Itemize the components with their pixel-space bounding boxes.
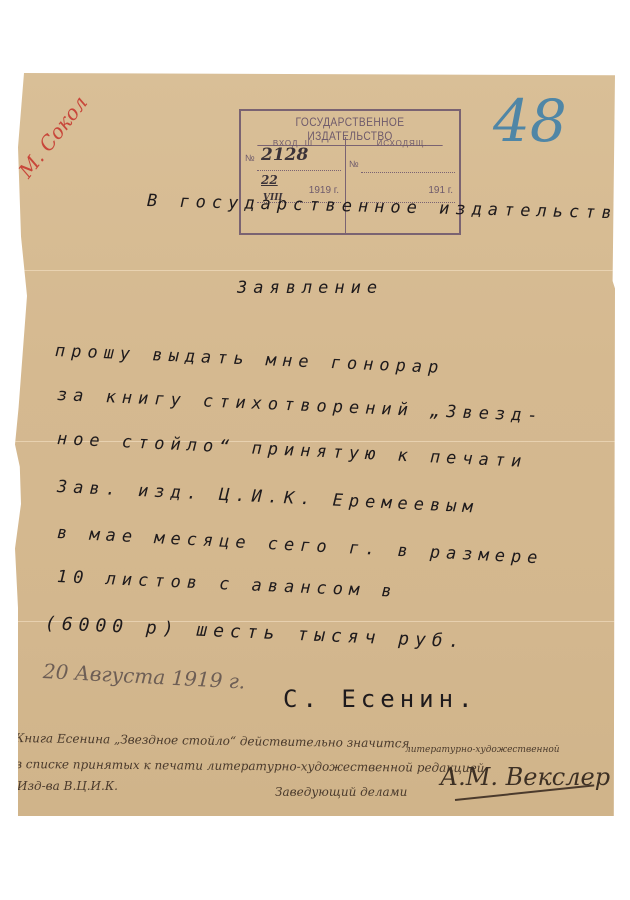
manager-title: Заведующий делами: [275, 785, 407, 799]
resolution-line: Книга Есенина „Звездное стойло“ действит…: [15, 731, 410, 751]
stamp-incoming-year: 1919 г.: [309, 185, 339, 196]
stamp-no-label: №: [245, 153, 255, 163]
stamp-incoming-column: ВХОД. Ш № 2128 22 VIII 1919 г.: [241, 137, 346, 233]
author-signature: С. Есенин.: [283, 685, 478, 713]
pencil-date: 20 Августа 1919 г.: [42, 659, 245, 694]
resolution-line: Изд-ва В.Ц.И.К.: [17, 779, 118, 793]
stamp-rule: [361, 171, 455, 173]
resolution-line: в списке принятых к печати литературно-х…: [15, 757, 485, 775]
body-line: (6000 р) шесть тысяч руб.: [45, 613, 466, 652]
blue-sheet-number: 48: [493, 87, 567, 155]
stamp-rule: [257, 169, 341, 171]
body-line: 10 листов с авансом в: [57, 567, 398, 602]
body-line: прошу выдать мне гонорар: [55, 341, 445, 378]
stamp-no-label: №: [349, 159, 359, 169]
stamp-incoming-day: 22: [261, 173, 278, 187]
body-line: за книгу стихотворений „Звезд-: [57, 385, 544, 426]
document-heading: Заявление: [237, 278, 383, 298]
stamp-incoming-number: 2128: [261, 145, 308, 165]
red-pencil-margin-note: М. Сокол: [14, 91, 93, 182]
body-line: ное стойло“ принятую к печати: [57, 429, 528, 472]
archival-document-sheet: М. Сокол 48 ГОСУДАРСТВЕННОЕ ИЗДАТЕЛЬСТВО…: [15, 73, 615, 816]
stamp-outgoing-label: ИСХОДЯЩ.: [345, 139, 459, 148]
body-line: в мае месяце сего г. в размере: [56, 523, 543, 568]
body-line: Зав. изд. Ц.И.К. Еремеевым: [57, 477, 480, 518]
stamp-outgoing-year: 191 г.: [428, 185, 453, 196]
resolution-inserted-word: литературно-художественной: [405, 745, 560, 755]
fold-crease: [15, 270, 615, 271]
